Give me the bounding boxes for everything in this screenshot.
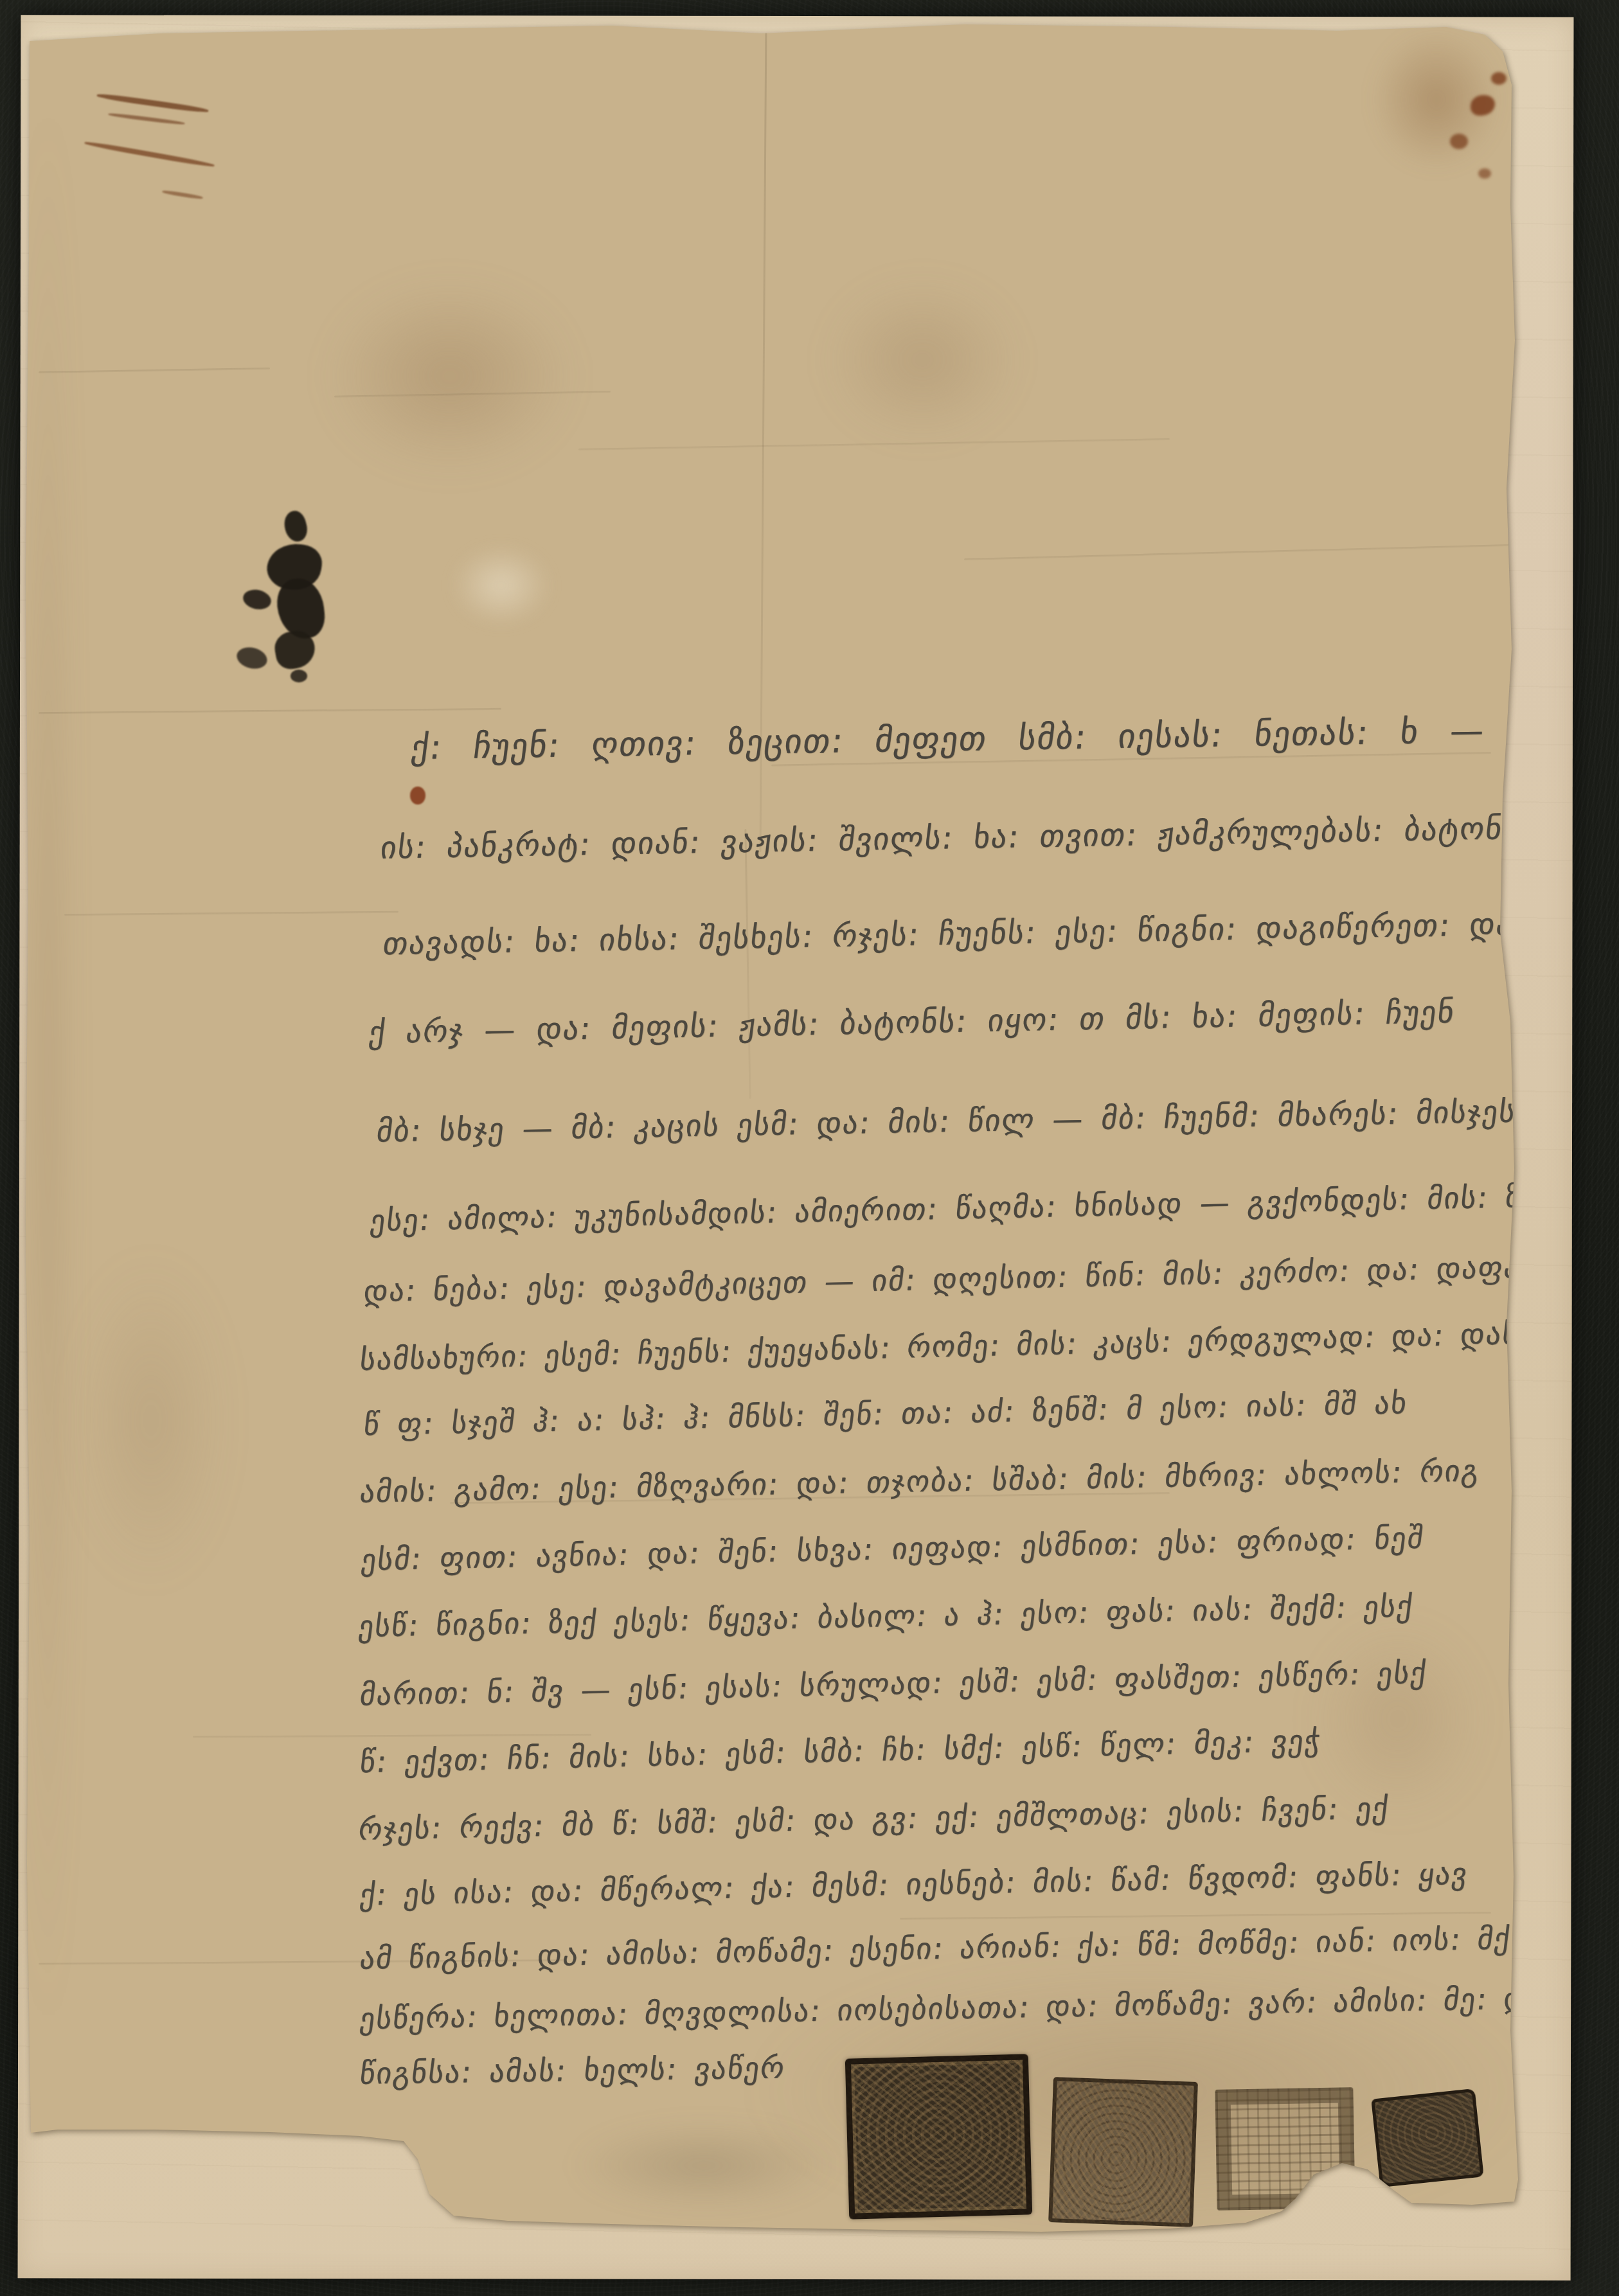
manuscript-line: ქ არჯ — და: მეფის: ჟამს: ბატონს: იყო: თ …	[367, 994, 1458, 1051]
manuscript-line: და: ნება: ესე: დავამტკიცეთ — იმ: დღესით:…	[362, 1249, 1548, 1309]
paper-crease	[900, 1912, 1491, 1920]
paper-crease	[744, 829, 751, 1099]
manuscript-line: წ ფ: სჯეშ ჰ: ა: სჰ: ჰ: მნსს: შენ: თა: აძ…	[362, 1385, 1410, 1442]
paper-crease	[578, 438, 1170, 450]
paper-crease	[64, 911, 398, 916]
manuscript-line: ესწ: წიგნი: ზექ ესეს: წყევა: ბასილ: ა ჰ:…	[357, 1589, 1415, 1644]
paper-crease	[39, 368, 270, 373]
manuscript-line: სამსახური: ესემ: ჩუენს: ქუეყანას: რომე: …	[358, 1315, 1537, 1377]
paper-stain	[1471, 95, 1495, 116]
paper-stain	[1369, 26, 1504, 174]
paper-stain	[291, 670, 307, 682]
paper-stain	[410, 787, 425, 805]
paper-stain	[281, 508, 310, 544]
paper-stain	[26, 39, 71, 2095]
manuscript-page: ქ: ჩუენ: ღთივ: ზეცით: მეფეთ სმბ: იესას: …	[0, 0, 1619, 2296]
manuscript-line: მბ: სხჯე — მბ: კაცის ესმ: და: მის: წილ —…	[375, 1094, 1518, 1149]
manuscript-line: თავადს: ხა: იხსა: შესხეს: რჯეს: ჩუენს: ე…	[381, 905, 1568, 962]
paper-stain	[321, 276, 578, 476]
manuscript-line: წიგნსა: ამას: ხელს: ვაწერ	[358, 2050, 788, 2090]
paper-stain	[823, 276, 1022, 443]
manuscript-line: წ: ექვთ: ჩნ: მის: სხა: ესმ: სმბ: ჩხ: სმქ…	[358, 1723, 1323, 1779]
paper-stain	[1491, 72, 1507, 85]
paper-stain	[274, 576, 326, 641]
manuscript-line: ის: პანკრატ: დიან: ვაჟის: შვილს: ხა: თვი…	[379, 808, 1606, 866]
manuscript-line: რჯეს: რექვ: მბ წ: სმშ: ესმ: და გვ: ექ: ე…	[357, 1790, 1391, 1847]
manuscript-line: ქ: ეს ისა: და: მწერალ: ქა: მესმ: იესნებ:…	[358, 1856, 1471, 1912]
paper-stain	[96, 93, 209, 114]
paper-stain	[108, 112, 185, 126]
seal-imprint-3	[1215, 2087, 1355, 2211]
manuscript-line: მარით: ნ: შვ — ესნ: ესას: სრულად: ესშ: ე…	[358, 1655, 1429, 1713]
paper-stain	[264, 540, 324, 594]
paper-crease	[334, 391, 611, 398]
paper-stain	[566, 2121, 842, 2211]
manuscript-paper-surface: ქ: ჩუენ: ღთივ: ზეცით: მეფეთ სმბ: იესას: …	[0, 0, 1619, 2296]
seal-imprint-4	[1371, 2088, 1484, 2187]
manuscript-line: ესე: ამილა: უკუნისამდის: ამიერით: წაღმა:…	[368, 1178, 1566, 1238]
paper-crease	[193, 1734, 591, 1738]
seal-imprint-2	[1048, 2077, 1198, 2227]
paper-stain	[450, 544, 553, 627]
manuscript-line: ამ წიგნის: და: ამისა: მოწამე: ესენი: არი…	[358, 1921, 1513, 1975]
paper-stain	[272, 628, 318, 672]
paper-stain	[1450, 134, 1468, 149]
paper-stain	[235, 645, 269, 672]
paper-stain	[77, 1253, 225, 1587]
paper-stain	[1478, 168, 1491, 179]
scanned-document-background: ქ: ჩუენ: ღთივ: ზეცით: მეფეთ სმბ: იესას: …	[0, 0, 1619, 2296]
paper-stain	[84, 140, 215, 168]
paper-stain	[162, 190, 203, 200]
manuscript-line: ესმ: ფით: ავნია: და: შენ: სხვა: იეფად: ე…	[359, 1520, 1426, 1578]
manuscript-line: ესწერა: ხელითა: მღვდლისა: იოსებისათა: და…	[358, 1980, 1556, 2036]
paper-crease	[964, 544, 1510, 560]
seal-imprint-1	[845, 2054, 1032, 2219]
manuscript-line: ამის: გამო: ესე: მზღვარი: და: თჯობა: სშა…	[358, 1453, 1482, 1509]
paper-stain	[241, 587, 273, 612]
manuscript-line: ქ: ჩუენ: ღთივ: ზეცით: მეფეთ სმბ: იესას: …	[409, 711, 1556, 767]
paper-stain	[1311, 1619, 1485, 1819]
paper-crease	[39, 708, 501, 714]
